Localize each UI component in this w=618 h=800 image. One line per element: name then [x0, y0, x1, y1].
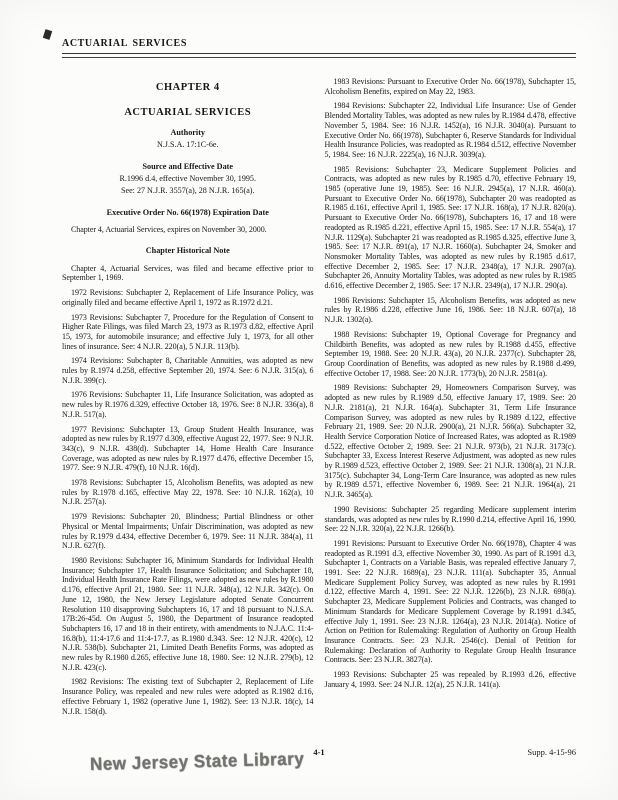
revision-paragraph-1986: 1986 Revisions: Subchapter 15, Alcoholis…: [325, 296, 577, 325]
revision-paragraph-1984: 1984 Revisions: Subchapter 22, Individua…: [325, 101, 577, 159]
historical-note-paragraph: Chapter 4, Actuarial Services, was filed…: [62, 264, 314, 283]
revision-paragraph-1988: 1988 Revisions: Subchapter 19, Optional …: [325, 330, 577, 379]
revision-paragraph-1983: 1983 Revisions: Pursuant to Executive Or…: [325, 77, 577, 96]
revision-paragraph-1972: 1972 Revisions: Subchapter 2, Replacemen…: [62, 288, 314, 307]
revision-paragraph-1973: 1973 Revisions: Subchapter 7, Procedure …: [62, 313, 314, 352]
running-header: ACTUARIAL SERVICES: [62, 33, 576, 58]
revision-paragraph-1982: 1982 Revisions: The existing text of Sub…: [62, 677, 314, 716]
revision-paragraph-1985: 1985 Revisions: Subchapter 23, Medicare …: [325, 165, 577, 291]
running-header-title: ACTUARIAL SERVICES: [62, 38, 187, 49]
left-column: CHAPTER 4 ACTUARIAL SERVICES Authority N…: [62, 62, 314, 721]
chapter-historical-note-heading: Chapter Historical Note: [62, 246, 314, 255]
revision-paragraph-1979: 1979 Revisions: Subchapter 20, Blindness…: [62, 512, 314, 551]
chapter-title: ACTUARIAL SERVICES: [62, 107, 314, 118]
revision-paragraph-1976: 1976 Revisions: Subchapter 11, Life Insu…: [62, 390, 314, 419]
expiration-text: Chapter 4, Actuarial Services, expires o…: [62, 225, 314, 235]
library-stamp: New Jersey State Library: [90, 749, 305, 776]
source-line-1: R.1996 d.4, effective November 30, 1995.: [62, 174, 314, 183]
revision-paragraph-1993: 1993 Revisions: Subchapter 25 was repeal…: [325, 670, 577, 689]
two-column-body: CHAPTER 4 ACTUARIAL SERVICES Authority N…: [62, 62, 576, 721]
authority-heading: Authority: [62, 128, 314, 137]
revision-paragraph-1991: 1991 Revisions: Pursuant to Executive Or…: [325, 539, 577, 665]
header-rule: [62, 53, 576, 58]
document-page: ACTUARIAL SERVICES CHAPTER 4 ACTUARIAL S…: [0, 0, 618, 800]
chapter-number: CHAPTER 4: [62, 82, 314, 93]
source-line-2: See: 27 N.J.R. 3557(a), 28 N.J.R. 165(a)…: [62, 186, 314, 195]
revision-paragraph-1974: 1974 Revisions: Subchapter 8, Charitable…: [62, 356, 314, 385]
supplement-date: Supp. 4-15-96: [527, 747, 576, 757]
source-effective-date-heading: Source and Effective Date: [62, 162, 314, 171]
revision-paragraph-1980: 1980 Revisions: Subchapter 16, Minimum S…: [62, 556, 314, 672]
revision-paragraph-1989: 1989 Revisions: Subchapter 29, Homeowner…: [325, 383, 577, 499]
scan-artifact: [43, 29, 52, 40]
right-column: 1983 Revisions: Pursuant to Executive Or…: [325, 62, 577, 721]
revision-paragraph-1977: 1977 Revisions: Subchapter 13, Group Stu…: [62, 425, 314, 474]
revision-paragraph-1990: 1990 Revisions: Subchapter 25 regarding …: [325, 505, 577, 534]
authority-citation: N.J.S.A. 17:1C-6e.: [62, 140, 314, 149]
executive-order-expiration-heading: Executive Order No. 66(1978) Expiration …: [62, 208, 314, 217]
revision-paragraph-1978: 1978 Revisions: Subchapter 15, Alcoholis…: [62, 478, 314, 507]
